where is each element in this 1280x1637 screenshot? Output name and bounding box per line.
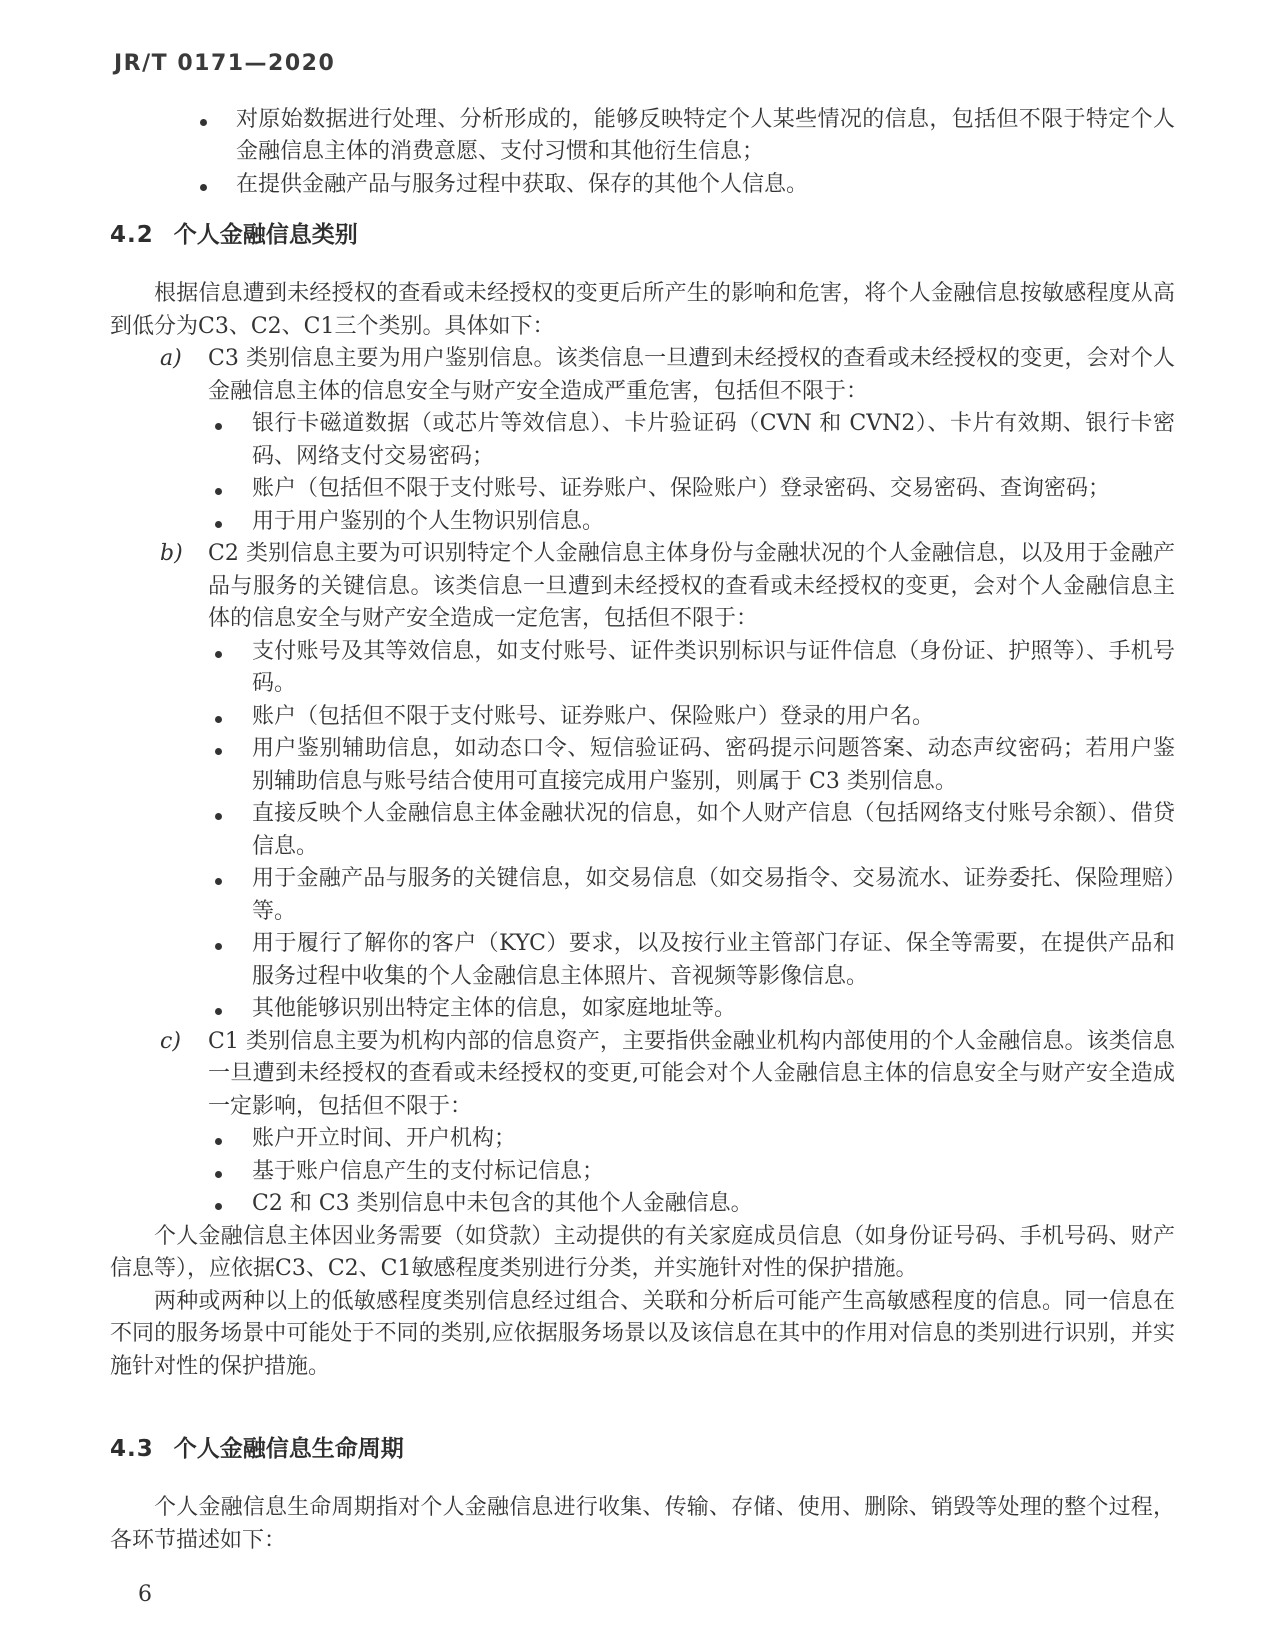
bullet-text: 银行卡磁道数据（或芯片等效信息）、卡片验证码（CVN 和 CVN2）、卡片有效期… xyxy=(252,408,1175,473)
intro-bullet-list: 对原始数据进行处理、分析形成的，能够反映特定个人某些情况的信息，包括但不限于特定… xyxy=(110,104,1175,202)
bullet-item: 用户鉴别辅助信息，如动态口令、短信验证码、密码提示问题答案、动态声纹密码；若用户… xyxy=(208,733,1175,798)
page-number: 6 xyxy=(138,1579,152,1612)
clause-label: b) xyxy=(160,538,208,1026)
bullet-icon xyxy=(215,1123,252,1156)
clause-a: a) C3 类别信息主要为用户鉴别信息。该类信息一旦遭到未经授权的查看或未经授权… xyxy=(110,343,1175,538)
clause-text: C1 类别信息主要为机构内部的信息资产，主要指供金融业机构内部使用的个人金融信息… xyxy=(208,1026,1175,1124)
bullet-icon xyxy=(215,506,252,539)
clause-body: C2 类别信息主要为可识别特定个人金融信息主体身份与金融状况的个人金融信息，以及… xyxy=(208,538,1175,1026)
paragraph: 两种或两种以上的低敏感程度类别信息经过组合、关联和分析后可能产生高敏感程度的信息… xyxy=(110,1286,1175,1384)
paragraph: 个人金融信息主体因业务需要（如贷款）主动提供的有关家庭成员信息（如身份证号码、手… xyxy=(110,1221,1175,1286)
bullet-item: 直接反映个人金融信息主体金融状况的信息，如个人财产信息（包括网络支付账号余额）、… xyxy=(208,798,1175,863)
clause-body: C1 类别信息主要为机构内部的信息资产，主要指供金融业机构内部使用的个人金融信息… xyxy=(208,1026,1175,1221)
section-number: 4.2 xyxy=(110,222,154,248)
clause-b: b) C2 类别信息主要为可识别特定个人金融信息主体身份与金融状况的个人金融信息… xyxy=(110,538,1175,1026)
bullet-text: 其他能够识别出特定主体的信息，如家庭地址等。 xyxy=(252,993,1175,1026)
section-4-3-lead-paragraph: 个人金融信息生命周期指对个人金融信息进行收集、传输、存储、使用、删除、销毁等处理… xyxy=(110,1492,1175,1557)
section-number: 4.3 xyxy=(110,1436,154,1462)
section-heading-4-2: 4.2个人金融信息类别 xyxy=(110,219,1175,252)
section-4-2-lead-paragraph: 根据信息遭到未经授权的查看或未经授权的变更后所产生的影响和危害，将个人金融信息按… xyxy=(110,278,1175,343)
bullet-item: 在提供金融产品与服务过程中获取、保存的其他个人信息。 xyxy=(110,169,1175,202)
bullet-icon xyxy=(215,701,252,734)
bullet-icon xyxy=(215,473,252,506)
bullet-icon xyxy=(215,636,252,701)
bullet-text: C2 和 C3 类别信息中未包含的其他个人金融信息。 xyxy=(252,1188,1175,1221)
clause-label: a) xyxy=(160,343,208,538)
section-4-3: 4.3个人金融信息生命周期 个人金融信息生命周期指对个人金融信息进行收集、传输、… xyxy=(110,1433,1175,1557)
clause-label: c) xyxy=(160,1026,208,1221)
bullet-item: 用于金融产品与服务的关键信息，如交易信息（如交易指令、交易流水、证券委托、保险理… xyxy=(208,863,1175,928)
bullet-text: 直接反映个人金融信息主体金融状况的信息，如个人财产信息（包括网络支付账号余额）、… xyxy=(252,798,1175,863)
bullet-text: 账户开立时间、开户机构； xyxy=(252,1123,1175,1156)
bullet-icon xyxy=(215,1156,252,1189)
document-header: JR/T 0171—2020 xyxy=(114,48,1175,81)
clause-text: C2 类别信息主要为可识别特定个人金融信息主体身份与金融状况的个人金融信息，以及… xyxy=(208,538,1175,636)
bullet-icon xyxy=(215,733,252,798)
bullet-icon xyxy=(215,1188,252,1221)
bullet-item: 对原始数据进行处理、分析形成的，能够反映特定个人某些情况的信息，包括但不限于特定… xyxy=(110,104,1175,169)
bullet-text: 用于用户鉴别的个人生物识别信息。 xyxy=(252,506,1175,539)
bullet-text: 账户（包括但不限于支付账号、证券账户、保险账户）登录密码、交易密码、查询密码； xyxy=(252,473,1175,506)
bullet-item: 账户（包括但不限于支付账号、证券账户、保险账户）登录的用户名。 xyxy=(208,701,1175,734)
bullet-item: 账户开立时间、开户机构； xyxy=(208,1123,1175,1156)
bullet-text: 支付账号及其等效信息，如支付账号、证件类识别标识与证件信息（身份证、护照等）、手… xyxy=(252,636,1175,701)
document-page: JR/T 0171—2020 对原始数据进行处理、分析形成的，能够反映特定个人某… xyxy=(0,0,1280,1637)
bullet-text: 用于金融产品与服务的关键信息，如交易信息（如交易指令、交易流水、证券委托、保险理… xyxy=(252,863,1175,928)
bullet-icon xyxy=(215,928,252,993)
bullet-icon xyxy=(200,104,236,169)
clause-body: C3 类别信息主要为用户鉴别信息。该类信息一旦遭到未经授权的查看或未经授权的变更… xyxy=(208,343,1175,538)
bullet-item: 用于用户鉴别的个人生物识别信息。 xyxy=(208,506,1175,539)
bullet-item: C2 和 C3 类别信息中未包含的其他个人金融信息。 xyxy=(208,1188,1175,1221)
bullet-text: 在提供金融产品与服务过程中获取、保存的其他个人信息。 xyxy=(236,169,1175,202)
bullet-item: 其他能够识别出特定主体的信息，如家庭地址等。 xyxy=(208,993,1175,1026)
bullet-item: 银行卡磁道数据（或芯片等效信息）、卡片验证码（CVN 和 CVN2）、卡片有效期… xyxy=(208,408,1175,473)
bullet-icon xyxy=(215,798,252,863)
bullet-item: 用于履行了解你的客户（KYC）要求，以及按行业主管部门存证、保全等需要，在提供产… xyxy=(208,928,1175,993)
bullet-icon xyxy=(200,169,236,202)
bullet-text: 基于账户信息产生的支付标记信息； xyxy=(252,1156,1175,1189)
section-title: 个人金融信息类别 xyxy=(174,222,358,248)
section-heading-4-3: 4.3个人金融信息生命周期 xyxy=(110,1433,1175,1466)
bullet-text: 对原始数据进行处理、分析形成的，能够反映特定个人某些情况的信息，包括但不限于特定… xyxy=(236,104,1175,169)
bullet-text: 用于履行了解你的客户（KYC）要求，以及按行业主管部门存证、保全等需要，在提供产… xyxy=(252,928,1175,993)
bullet-text: 账户（包括但不限于支付账号、证券账户、保险账户）登录的用户名。 xyxy=(252,701,1175,734)
bullet-item: 账户（包括但不限于支付账号、证券账户、保险账户）登录密码、交易密码、查询密码； xyxy=(208,473,1175,506)
bullet-item: 基于账户信息产生的支付标记信息； xyxy=(208,1156,1175,1189)
section-title: 个人金融信息生命周期 xyxy=(174,1436,404,1462)
bullet-icon xyxy=(215,863,252,928)
bullet-item: 支付账号及其等效信息，如支付账号、证件类识别标识与证件信息（身份证、护照等）、手… xyxy=(208,636,1175,701)
clause-c: c) C1 类别信息主要为机构内部的信息资产，主要指供金融业机构内部使用的个人金… xyxy=(110,1026,1175,1221)
bullet-icon xyxy=(215,408,252,473)
bullet-icon xyxy=(215,993,252,1026)
bullet-text: 用户鉴别辅助信息，如动态口令、短信验证码、密码提示问题答案、动态声纹密码；若用户… xyxy=(252,733,1175,798)
clause-text: C3 类别信息主要为用户鉴别信息。该类信息一旦遭到未经授权的查看或未经授权的变更… xyxy=(208,343,1175,408)
